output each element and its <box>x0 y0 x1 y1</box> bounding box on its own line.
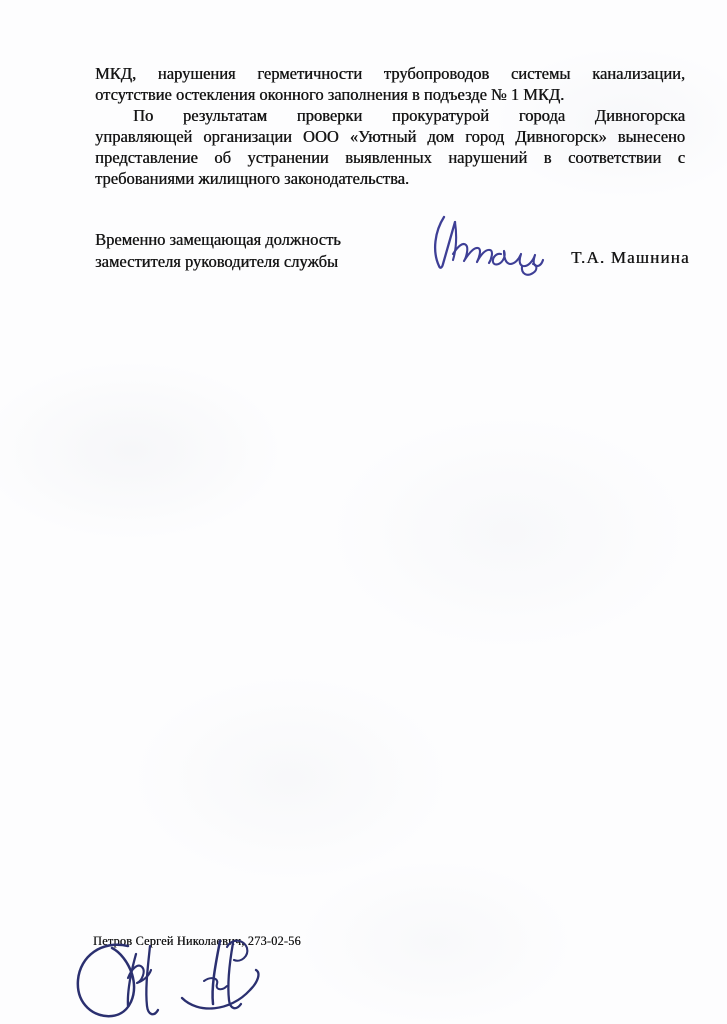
signature-petrov <box>70 936 290 1024</box>
position-line: заместителя руководителя службы <box>95 251 395 273</box>
signature-mashnina <box>421 204 551 296</box>
scanned-letter-page: МКД, нарушения герметичности трубопровод… <box>0 0 727 1024</box>
letter-body: МКД, нарушения герметичности трубопровод… <box>95 63 685 189</box>
paragraph-continuation: МКД, нарушения герметичности трубопровод… <box>95 63 685 105</box>
body-line: представление об устранении выявленных н… <box>95 147 685 168</box>
signatory-position-title: Временно замещающая должность заместител… <box>95 229 395 272</box>
body-line: МКД, нарушения герметичности трубопровод… <box>95 63 685 84</box>
position-line: Временно замещающая должность <box>95 229 395 251</box>
body-line: отсутствие остекления оконного заполнени… <box>95 84 685 105</box>
body-line: управляющей организации ООО «Уютный дом … <box>95 126 685 147</box>
signer-name: Т.А. Машнина <box>571 248 690 268</box>
body-line: требованиями жилищного законодательства. <box>95 168 685 189</box>
paragraph-inspection-result: По результатам проверки прокуратурой гор… <box>95 105 685 189</box>
body-line: По результатам проверки прокуратурой гор… <box>95 105 685 126</box>
